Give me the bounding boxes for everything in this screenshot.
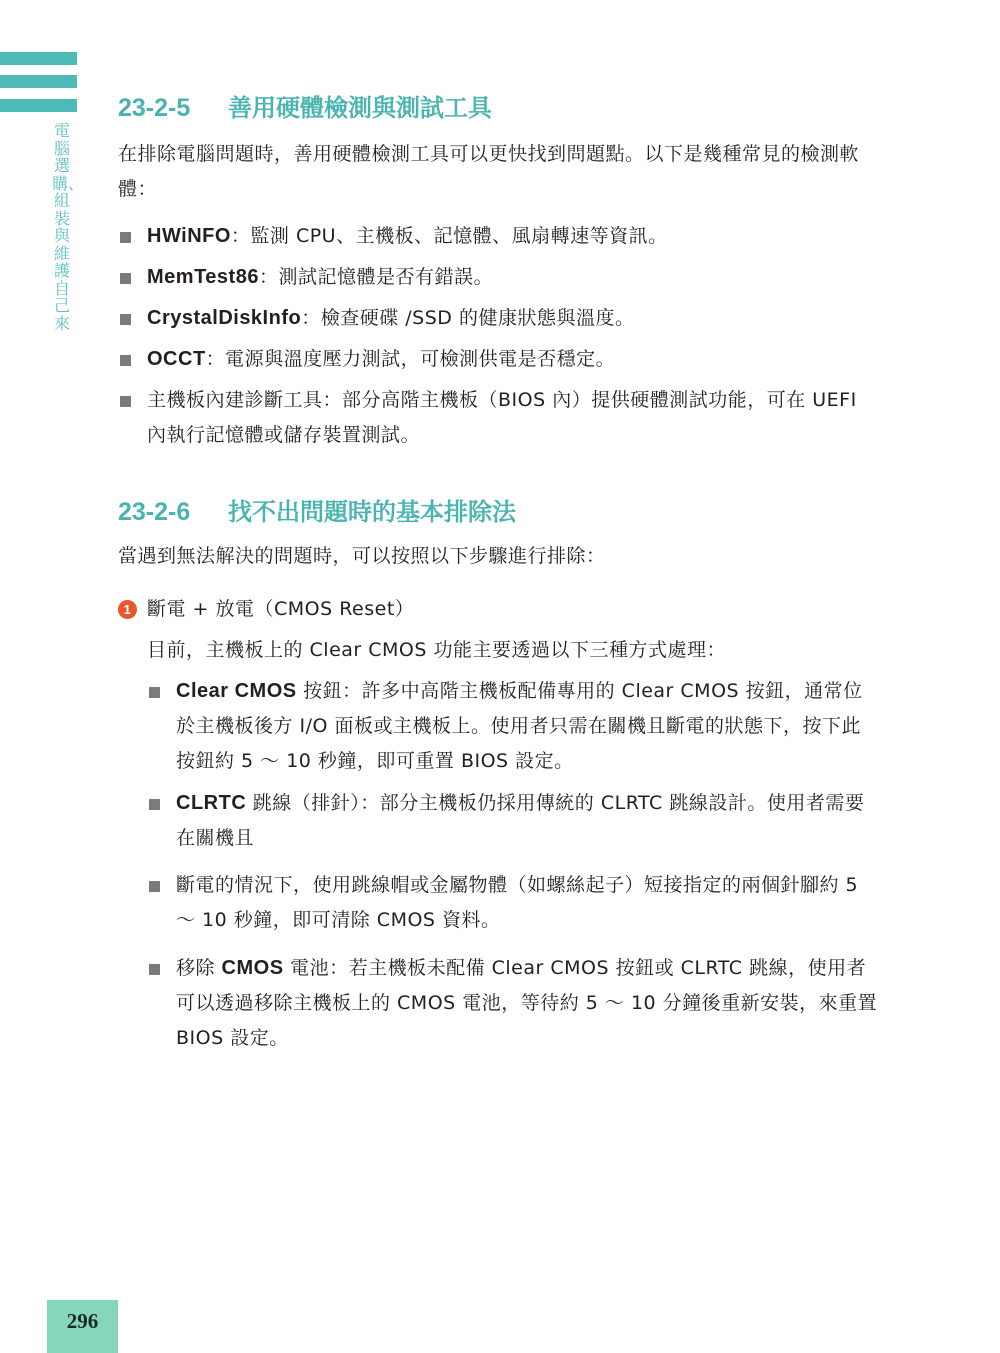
decorative-bar: [0, 75, 77, 88]
list-item: CLRTC 跳線（排針）：部分主機板仍採用傳統的 CLRTC 跳線設計。使用者需…: [147, 786, 878, 856]
bullet-square-icon: [149, 687, 160, 698]
list-item: 移除 CMOS 電池：若主機板未配備 Clear CMOS 按鈕或 CLRTC …: [147, 951, 878, 1056]
step-heading: 1 斷電 + 放電（CMOS Reset）: [118, 592, 414, 627]
bullet-square-icon: [120, 273, 131, 284]
chapter-side-title: 電腦選購、組裝與維護自己來: [52, 122, 72, 332]
step-description: 目前，主機板上的 Clear CMOS 功能主要透過以下三種方式處理：: [147, 633, 878, 668]
section-intro: 在排除電腦問題時，善用硬體檢測工具可以更快找到問題點。以下是幾種常見的檢測軟體：: [118, 137, 878, 207]
section-title: 找不出問題時的基本排除法: [228, 498, 516, 526]
bullet-square-icon: [120, 355, 131, 366]
bullet-square-icon: [120, 396, 131, 407]
section-heading: 23-2-5善用硬體檢測與測試工具: [118, 88, 492, 123]
page-number: 296: [47, 1300, 118, 1353]
list-item: OCCT：電源與溫度壓力測試，可檢測供電是否穩定。: [118, 342, 615, 377]
bullet-square-icon: [149, 799, 160, 810]
section-heading: 23-2-6找不出問題時的基本排除法: [118, 492, 516, 527]
list-item: 斷電的情況下，使用跳線帽或金屬物體（如螺絲起子）短接指定的兩個針腳約 5 ～ 1…: [147, 868, 878, 938]
list-item: CrystalDiskInfo：檢查硬碟 /SSD 的健康狀態與溫度。: [118, 301, 634, 336]
bullet-square-icon: [149, 881, 160, 892]
step-number-badge: 1: [118, 600, 137, 619]
bullet-square-icon: [149, 964, 160, 975]
list-item: MemTest86：測試記憶體是否有錯誤。: [118, 260, 493, 295]
section-title: 善用硬體檢測與測試工具: [228, 94, 492, 122]
list-item: HWiNFO：監測 CPU、主機板、記憶體、風扇轉速等資訊。: [118, 219, 668, 254]
decorative-bar: [0, 52, 77, 65]
section-number: 23-2-6: [118, 498, 228, 527]
bullet-square-icon: [120, 232, 131, 243]
section-intro: 當遇到無法解決的問題時，可以按照以下步驟進行排除：: [118, 539, 878, 574]
decorative-bar: [0, 99, 77, 112]
list-item: Clear CMOS 按鈕：許多中高階主機板配備專用的 Clear CMOS 按…: [147, 674, 878, 779]
section-number: 23-2-5: [118, 94, 228, 123]
list-item: 主機板內建診斷工具：部分高階主機板（BIOS 內）提供硬體測試功能，可在 UEF…: [118, 383, 878, 453]
bullet-square-icon: [120, 314, 131, 325]
